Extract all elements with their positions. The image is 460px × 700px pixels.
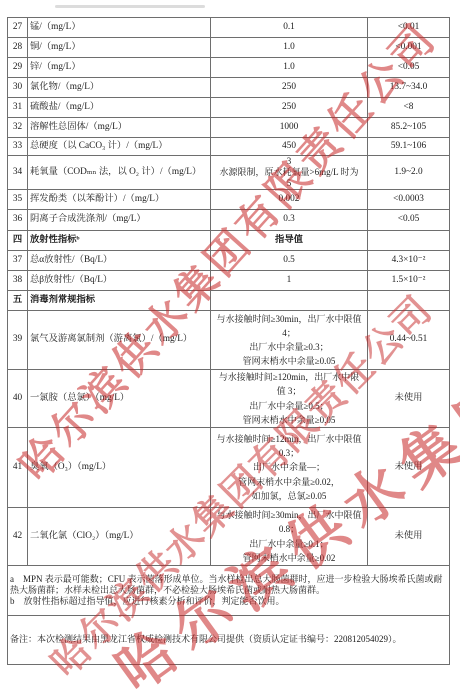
footnotes-cell: a MPN 表示最可能数；CFU 表示菌落形成单位。当水样检出总大肠菌群时，应进… [8, 566, 450, 616]
table-row: 31 硫酸盐/（mg/L） 250 <8 [8, 98, 450, 118]
standard-value: 1 [211, 271, 368, 291]
standard-value: 0.5 [211, 251, 368, 271]
item-name: 铜/（mg/L） [28, 38, 211, 58]
item-name: 氯化物/（mg/L） [28, 78, 211, 98]
section-header-row: 五 消毒剂常规指标 [8, 291, 450, 311]
table-row: 35 挥发酚类（以苯酚计）/（mg/L） 0.002 <0.0003 [8, 190, 450, 210]
standard-value: 450 [211, 138, 368, 156]
row-number: 27 [8, 18, 28, 38]
footnote-a: a MPN 表示最可能数；CFU 表示菌落形成单位。当水样检出总大肠菌群时，应进… [10, 574, 447, 597]
measured-value: 1.5×10⁻² [368, 271, 450, 291]
item-name: 锌/（mg/L） [28, 58, 211, 78]
standard-value: 与水接触时间≥30min，出厂水中限值 0.8； 出厂水中余量≥0.1； 管网末… [211, 508, 368, 566]
row-number: 32 [8, 118, 28, 138]
item-name: 锰/（mg/L） [28, 18, 211, 38]
standard-value: 1.0 [211, 38, 368, 58]
section-standard-label: 指导值 [211, 231, 368, 251]
section-measured-cell [368, 291, 450, 311]
standard-value: 0.002 [211, 190, 368, 210]
table-row: 33 总硬度（以 CaCO₃ 计）/（mg/L） 450 59.1~106 [8, 138, 450, 156]
row-number: 37 [8, 251, 28, 271]
measured-value: 未使用 [368, 370, 450, 428]
section-title: 消毒剂常规指标 [28, 291, 211, 311]
section-number: 四 [8, 231, 28, 251]
measured-value: <0.05 [368, 210, 450, 231]
table-row: 36 阴离子合成洗涤剂/（mg/L） 0.3 <0.05 [8, 210, 450, 231]
item-name: 耗氧量（CODₘₙ 法，以 O₂ 计）/（mg/L） [28, 156, 211, 190]
standard-value: 250 [211, 98, 368, 118]
table-row: 37 总α放射性/（Bq/L） 0.5 4.3×10⁻² [8, 251, 450, 271]
table-row: 30 氯化物/（mg/L） 250 13.7~34.0 [8, 78, 450, 98]
standard-value: 0.3 [211, 210, 368, 231]
row-number: 31 [8, 98, 28, 118]
measured-value: 未使用 [368, 428, 450, 508]
row-number: 35 [8, 190, 28, 210]
table-row: 32 溶解性总固体/（mg/L） 1000 85.2~105 [8, 118, 450, 138]
item-name: 氯气及游离氯制剂（游离氯）/（mg/L） [28, 311, 211, 370]
table-row: 29 锌/（mg/L） 1.0 <0.05 [8, 58, 450, 78]
measured-value: 85.2~105 [368, 118, 450, 138]
item-name: 总β放射性/（Bq/L） [28, 271, 211, 291]
measured-value: 未使用 [368, 508, 450, 566]
item-name: 二氧化氯（ClO₂）（mg/L） [28, 508, 211, 566]
item-name: 总α放射性/（Bq/L） [28, 251, 211, 271]
page-edge-artifact [55, 5, 205, 8]
measured-value: 0.44~0.51 [368, 311, 450, 370]
standard-value: 1.0 [211, 58, 368, 78]
standard-value: 0.1 [211, 18, 368, 38]
item-name: 挥发酚类（以苯酚计）/（mg/L） [28, 190, 211, 210]
row-number: 30 [8, 78, 28, 98]
remark-row: 备注：本次检测结果由黑龙江省权威检测技术有限公司提供（资质认定证书编号：2208… [8, 616, 450, 665]
row-number: 34 [8, 156, 28, 190]
standard-value: 3 水源限制，原水耗氧量>6mg/L 时为 5 [211, 156, 368, 190]
item-name: 阴离子合成洗涤剂/（mg/L） [28, 210, 211, 231]
measured-value: 4.3×10⁻² [368, 251, 450, 271]
item-name: 总硬度（以 CaCO₃ 计）/（mg/L） [28, 138, 211, 156]
row-number: 40 [8, 370, 28, 428]
row-number: 36 [8, 210, 28, 231]
measured-value: 59.1~106 [368, 138, 450, 156]
section-measured-cell [368, 231, 450, 251]
measured-value: <0.0003 [368, 190, 450, 210]
measured-value: <0.05 [368, 58, 450, 78]
item-name: 一氯胺（总氯）（mg/L） [28, 370, 211, 428]
table-row: 28 铜/（mg/L） 1.0 <0.001 [8, 38, 450, 58]
measured-value: <0.01 [368, 18, 450, 38]
table-row: 41 臭氧（O₃）（mg/L） 与水接触时间≥12min，出厂水中限值 0.3；… [8, 428, 450, 508]
measured-value: <8 [368, 98, 450, 118]
section-title: 放射性指标ᵇ [28, 231, 211, 251]
footnote-b: b 放射性指标超过指导值，应进行核素分析和评价，判定能否饮用。 [10, 596, 447, 607]
section-header-row: 四 放射性指标ᵇ 指导值 [8, 231, 450, 251]
table-row: 34 耗氧量（CODₘₙ 法，以 O₂ 计）/（mg/L） 3 水源限制，原水耗… [8, 156, 450, 190]
row-number: 29 [8, 58, 28, 78]
row-number: 33 [8, 138, 28, 156]
row-number: 41 [8, 428, 28, 508]
footnotes-row: a MPN 表示最可能数；CFU 表示菌落形成单位。当水样检出总大肠菌群时，应进… [8, 566, 450, 616]
table-row: 27 锰/（mg/L） 0.1 <0.01 [8, 18, 450, 38]
standard-value: 与水接触时间≥12min，出厂水中限值 0.3； 出厂水中余量—； 管网末梢水中… [211, 428, 368, 508]
measured-value: 1.9~2.0 [368, 156, 450, 190]
row-number: 42 [8, 508, 28, 566]
water-quality-table: 27 锰/（mg/L） 0.1 <0.01 28 铜/（mg/L） 1.0 <0… [7, 17, 450, 665]
standard-value: 与水接触时间≥30min，出厂水中限值 4； 出厂水中余量≥0.3； 管网末梢水… [211, 311, 368, 370]
item-name: 溶解性总固体/（mg/L） [28, 118, 211, 138]
table-row: 38 总β放射性/（Bq/L） 1 1.5×10⁻² [8, 271, 450, 291]
measured-value: <0.001 [368, 38, 450, 58]
measured-value: 13.7~34.0 [368, 78, 450, 98]
remark-text: 备注：本次检测结果由黑龙江省权威检测技术有限公司提供（资质认定证书编号：2208… [10, 634, 447, 645]
table-row: 39 氯气及游离氯制剂（游离氯）/（mg/L） 与水接触时间≥30min，出厂水… [8, 311, 450, 370]
table-row: 42 二氧化氯（ClO₂）（mg/L） 与水接触时间≥30min，出厂水中限值 … [8, 508, 450, 566]
standard-value: 1000 [211, 118, 368, 138]
row-number: 28 [8, 38, 28, 58]
report-page: 27 锰/（mg/L） 0.1 <0.01 28 铜/（mg/L） 1.0 <0… [0, 0, 460, 700]
row-number: 38 [8, 271, 28, 291]
section-number: 五 [8, 291, 28, 311]
row-number: 39 [8, 311, 28, 370]
item-name: 臭氧（O₃）（mg/L） [28, 428, 211, 508]
standard-value: 与水接触时间≥120min，出厂水中限 值 3； 出厂水中余量≥0.5； 管网末… [211, 370, 368, 428]
section-standard-label [211, 291, 368, 311]
item-name: 硫酸盐/（mg/L） [28, 98, 211, 118]
remark-cell: 备注：本次检测结果由黑龙江省权威检测技术有限公司提供（资质认定证书编号：2208… [8, 616, 450, 665]
standard-value: 250 [211, 78, 368, 98]
table-row: 40 一氯胺（总氯）（mg/L） 与水接触时间≥120min，出厂水中限 值 3… [8, 370, 450, 428]
